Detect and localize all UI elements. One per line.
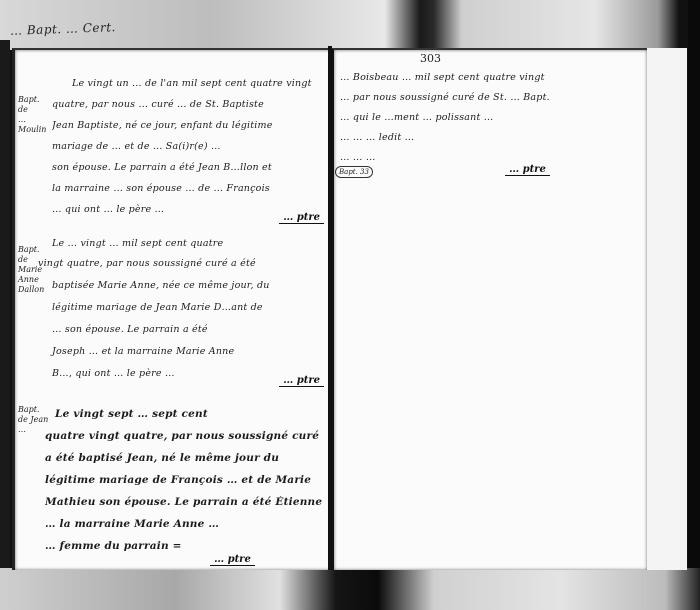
- entry-line: … son épouse. Le parrain a été: [38, 324, 324, 346]
- priest-signature: … ptre: [279, 212, 324, 224]
- entry-line: … la marraine Marie Anne …: [45, 518, 325, 540]
- entry-line: mariage de … et de … Sa(i)r(e) …: [52, 141, 324, 162]
- scanned-register-image: … Bapt. … Cert. Bapt. de … Moulin Le vin…: [0, 0, 700, 610]
- entry-line: son épouse. Le parrain a été Jean B…llon…: [52, 162, 324, 183]
- entry-line: vingt quatre, par nous soussigné curé a …: [38, 258, 324, 280]
- entry-line: … femme du parrain =: [45, 540, 195, 562]
- baptism-entry-2: Le … vingt … mil sept cent quatre vingt …: [38, 238, 324, 387]
- entry-line: … qui le …ment … polissant …: [340, 112, 630, 132]
- baptism-entry-1: Le vingt un … de l'an mil sept cent quat…: [52, 78, 324, 224]
- entry-line: Le … vingt … mil sept cent quatre: [38, 238, 324, 258]
- header-label: … Bapt. … Cert.: [10, 20, 116, 38]
- margin-note-line: de: [18, 105, 52, 115]
- priest-signature: … ptre: [210, 554, 255, 566]
- right-page-margin: [647, 48, 687, 570]
- entry-line: Mathieu son épouse. Le parrain a été Éti…: [45, 496, 325, 518]
- entry-line: … … … ledit …: [340, 132, 630, 152]
- left-book-edge: [0, 40, 10, 580]
- priest-signature: … ptre: [505, 164, 550, 176]
- entry-line: baptisée Marie Anne, née ce même jour, d…: [38, 280, 324, 302]
- entry-line: la marraine … son épouse … de … François: [52, 183, 324, 204]
- entry-line: Le vingt sept … sept cent: [45, 408, 325, 430]
- top-binding-edge: … Bapt. … Cert.: [0, 0, 700, 50]
- entry-line: Le vingt un … de l'an mil sept cent quat…: [52, 78, 324, 99]
- entry-line: … par nous soussigné curé de St. … Bapt.: [340, 92, 630, 112]
- margin-note-line: Bapt.: [18, 95, 52, 105]
- entry-line: Joseph … et la marraine Marie Anne: [38, 346, 324, 368]
- entry-line: légitime mariage de François … et de Mar…: [45, 474, 325, 496]
- page-number: 303: [420, 52, 441, 65]
- baptism-entry-right-1: … Boisbeau … mil sept cent quatre vingt …: [340, 72, 630, 176]
- bottom-binding-edge: [0, 568, 700, 610]
- priest-signature: … ptre: [279, 375, 324, 387]
- entry-line: quatre, par nous … curé … de St. Baptist…: [52, 99, 324, 120]
- entry-line: … Boisbeau … mil sept cent quatre vingt: [340, 72, 630, 92]
- margin-note-line: … Moulin: [18, 115, 52, 135]
- entry-line: Jean Baptiste, né ce jour, enfant du lég…: [52, 120, 324, 141]
- right-book-edge: [688, 0, 700, 610]
- margin-note-entry-1: Bapt. de … Moulin: [18, 95, 52, 135]
- baptism-entry-3: Le vingt sept … sept cent quatre vingt q…: [45, 408, 325, 566]
- entry-line: légitime mariage de Jean Marie D…ant de: [38, 302, 324, 324]
- entry-line: quatre vingt quatre, par nous soussigné …: [45, 430, 325, 452]
- entry-line: a été baptisé Jean, né le même jour du: [45, 452, 325, 474]
- margin-stamp: Bapt. 33: [335, 166, 373, 178]
